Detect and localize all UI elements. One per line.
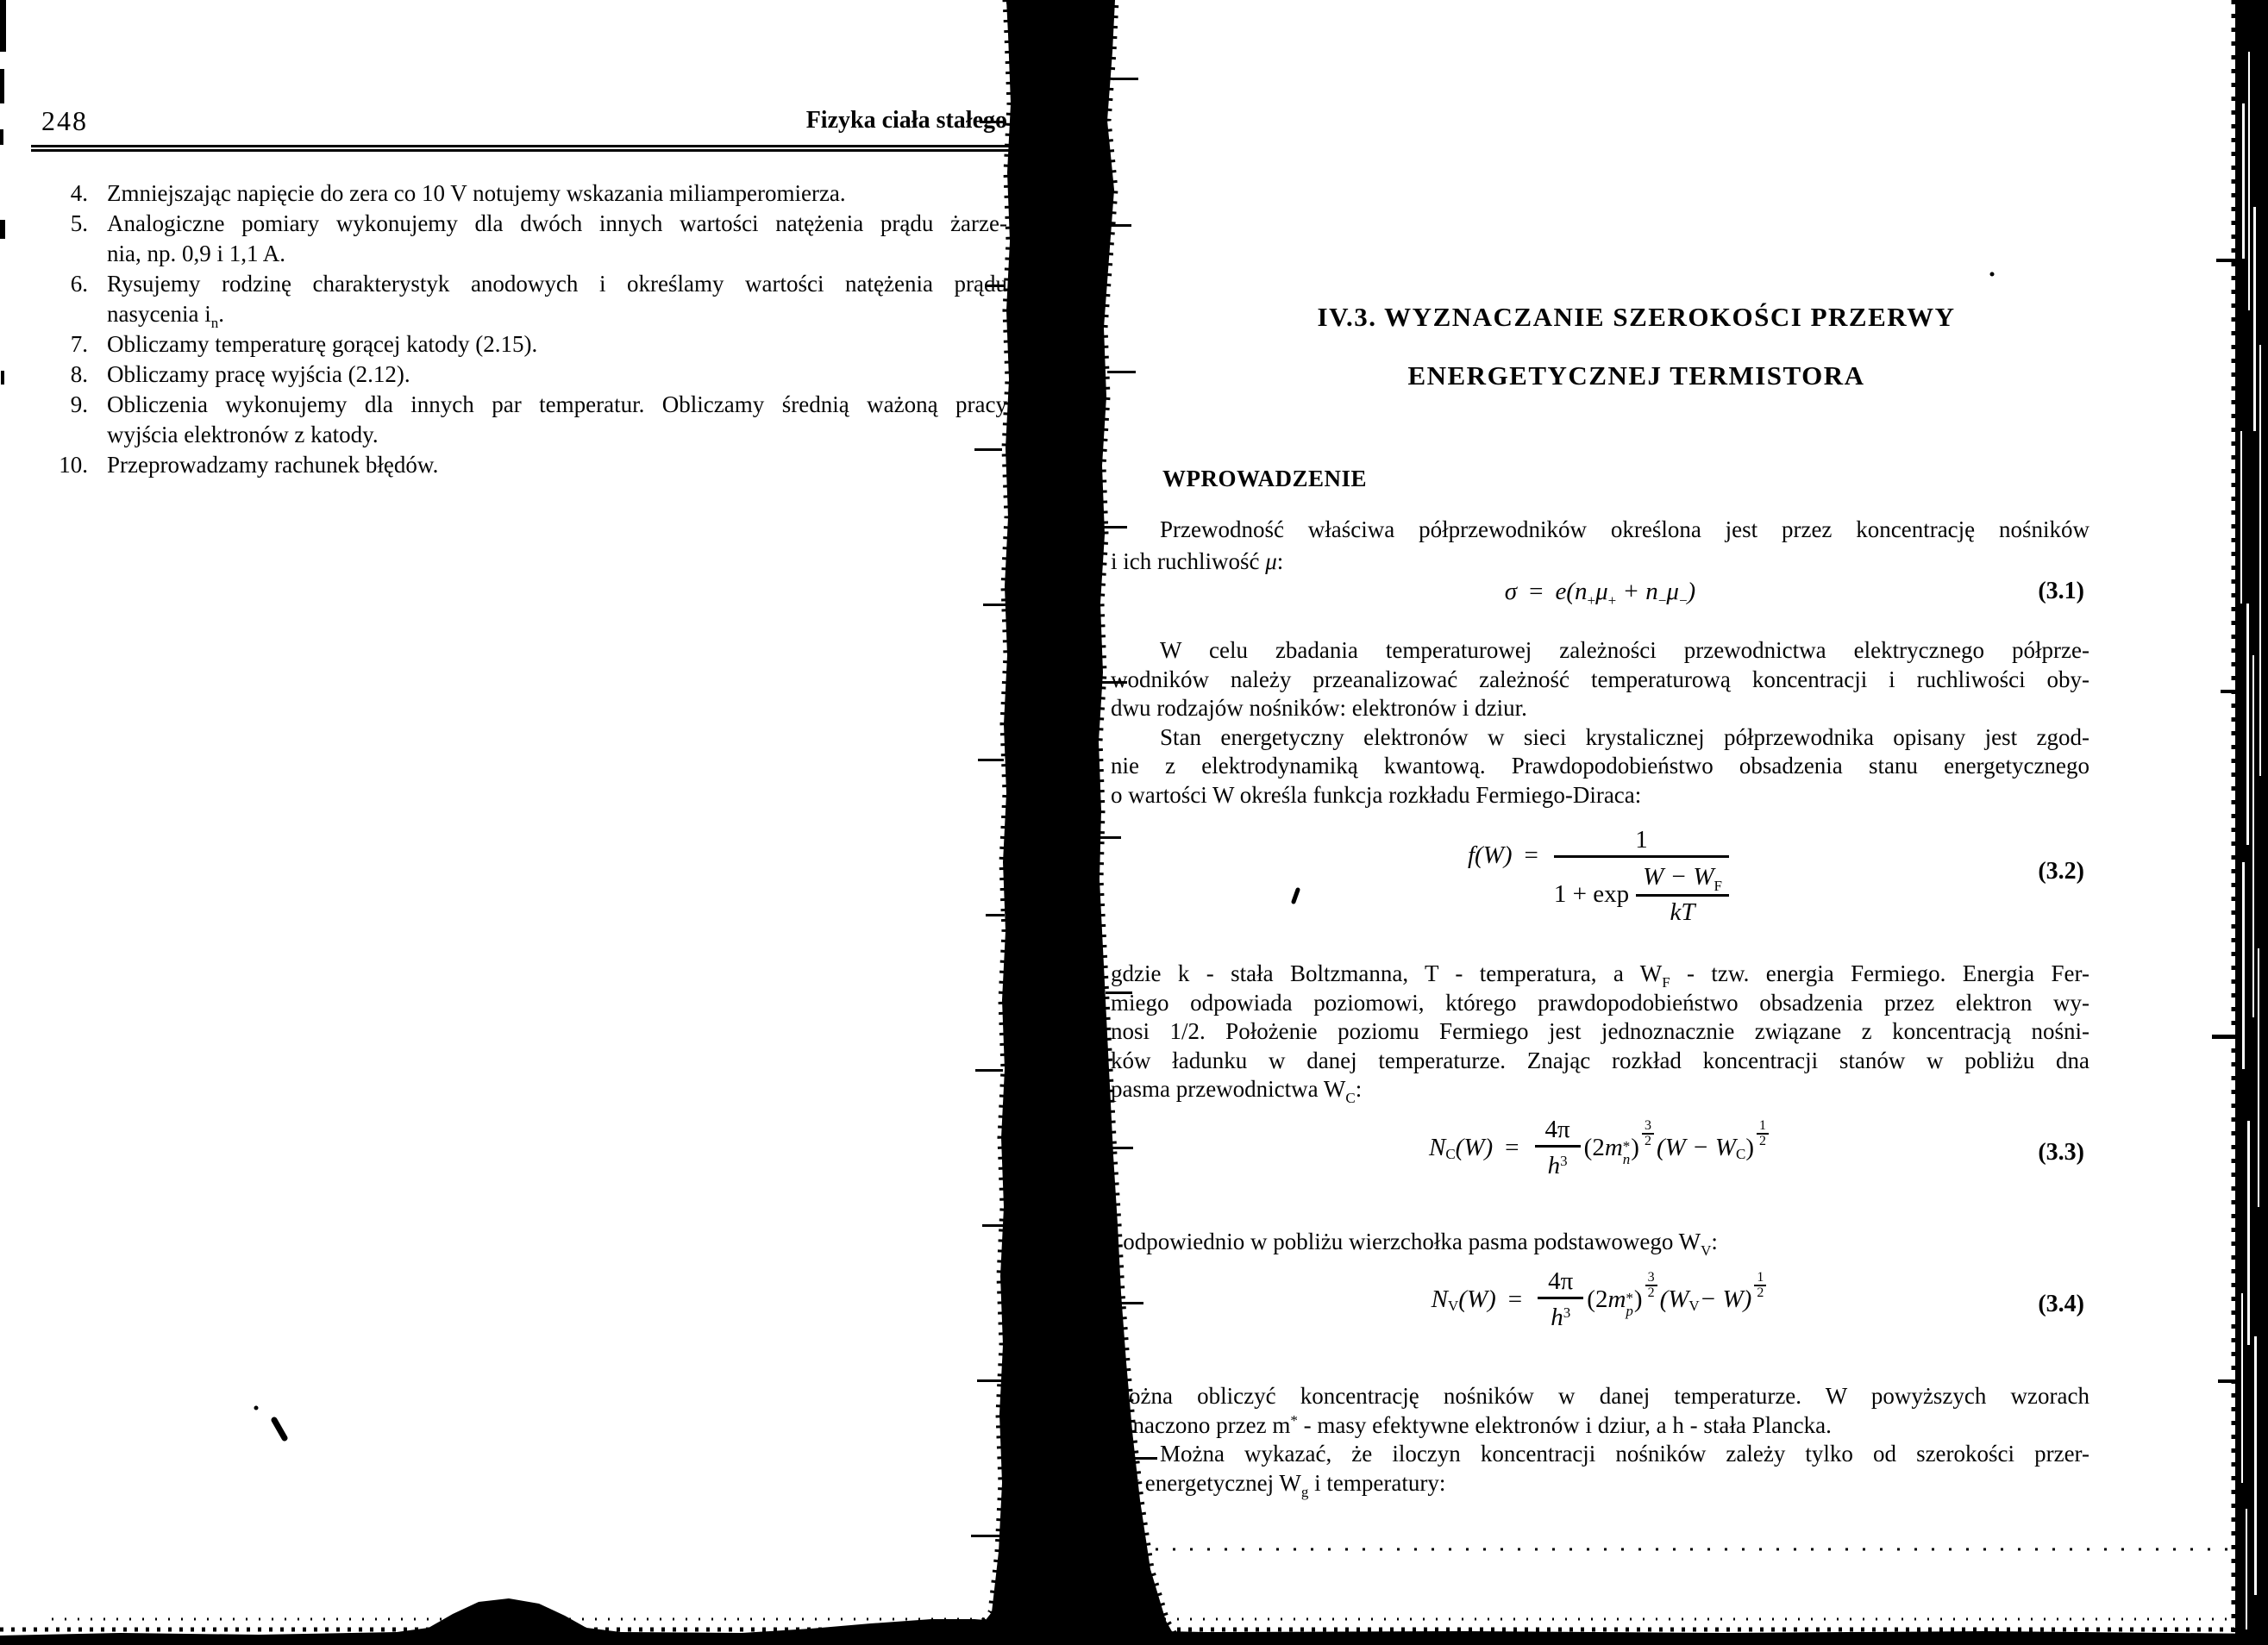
list-text: wyjścia elektronów z katody.: [107, 420, 1007, 450]
text-line: wodników należy przeanalizować zależność…: [1111, 666, 2089, 695]
list-row: 5.Analogiczne pomiary wykonujemy dla dwó…: [40, 209, 1007, 239]
subscript: +: [1608, 592, 1617, 609]
inner-denominator: kT: [1670, 897, 1695, 928]
text-seg: miego odpowiada poziomowi, którego prawd…: [1111, 990, 2089, 1016]
list-number: [40, 420, 88, 450]
text-seg: wyjścia elektronów z katody.: [107, 422, 379, 447]
list-number: [40, 299, 88, 329]
text-seg: V: [1701, 1242, 1711, 1259]
text-line: można obliczyć koncentrację nośników w d…: [1111, 1382, 2089, 1411]
text-line: W celu zbadania temperaturowej zależnośc…: [1111, 636, 2089, 666]
inner-fraction: W − WF kT: [1636, 861, 1729, 928]
text-line: o wartości W określa funkcja rozkładu Fe…: [1111, 781, 2089, 810]
list-text: Zmniejszając napięcie do zera co 10 V no…: [107, 178, 1007, 209]
fraction: 4π h3: [1538, 1266, 1583, 1334]
text-seg: i temperatury:: [1308, 1470, 1445, 1496]
paragraph-1: Przewodność właściwa półprzewodników okr…: [1111, 514, 2089, 578]
list-row: 7.Obliczamy temperaturę gorącej katody (…: [40, 329, 1007, 360]
text-line: Można wykazać, że iloczyn koncentracji n…: [1111, 1440, 2089, 1469]
subscript: +: [1587, 592, 1595, 609]
scanned-book-spread: 248 Fizyka ciała stałego 4.Zmniejszając …: [0, 0, 2268, 1645]
denominator: 1 + exp W − WF kT: [1554, 858, 1729, 928]
equation-number: (3.3): [2038, 1140, 2084, 1166]
equation-body: σ=e(n+μ+ + n−μ−): [1505, 578, 1695, 605]
text-seg: nasycenia i: [107, 301, 211, 327]
numerator: 4π: [1538, 1266, 1583, 1297]
list-text: Przeprowadzamy rachunek błędów.: [107, 450, 1007, 480]
equals-sign: =: [1513, 841, 1551, 869]
text-line: Stan energetyczny elektronów w sieci kry…: [1111, 723, 2089, 753]
equation-number: (3.4): [2038, 1292, 2084, 1317]
text-seg: dwu rodzajów nośników: elektronów i dziu…: [1111, 695, 1527, 721]
text-seg: Analogiczne pomiary wykonujemy dla dwóch…: [107, 210, 1007, 236]
term: 1 + exp: [1554, 880, 1629, 909]
equation-3-4: NV(W) = 4π h3 (2m*p) 32 (WV − W) 12 (3.4…: [1111, 1266, 2089, 1348]
equation-body: NC(W) = 4π h3 (2m*n) 32 (W − WC) 12: [1429, 1114, 1771, 1182]
text-seg: :: [1277, 548, 1284, 574]
list-text: Rysujemy rodzinę charakterystyk anodowyc…: [107, 269, 1007, 299]
text-seg: Stan energetyczny elektronów w sieci kry…: [1160, 724, 2089, 750]
text-seg: Obliczenia wykonujemy dla innych par tem…: [107, 391, 1007, 417]
intro-heading: WPROWADZENIE: [1162, 466, 1367, 492]
text-seg: Rysujemy rodzinę charakterystyk anodowyc…: [107, 271, 1007, 297]
mass-sub-sup: *n: [1623, 1140, 1631, 1166]
exponent-three-halves: 32: [1645, 1271, 1657, 1299]
list-row: 9.Obliczenia wykonujemy dla innych par t…: [40, 390, 1007, 420]
list-text: Obliczamy temperaturę gorącej katody (2.…: [107, 329, 1007, 360]
term: + n: [1616, 578, 1658, 605]
text-line: dwu rodzajów nośników: elektronów i dziu…: [1111, 694, 2089, 723]
equals-sign: =: [1496, 1285, 1534, 1314]
text-seg: i ich ruchliwość: [1111, 548, 1265, 574]
fraction: 4π h3: [1535, 1114, 1581, 1182]
text-seg: - tzw. energia Fermiego. Energia Fer-: [1670, 960, 2089, 986]
text-seg: można obliczyć koncentrację nośników w d…: [1111, 1383, 2089, 1409]
exponent-one-half: 12: [1757, 1119, 1769, 1148]
equation-body: f(W)= 1 1 + exp W − WF kT: [1468, 824, 1732, 928]
text-line: ków ładunku w danej temperaturze. Znając…: [1111, 1047, 2089, 1076]
list-row: 4.Zmniejszając napięcie do zera co 10 V …: [40, 178, 1007, 209]
mass-sub-sup: *p: [1626, 1292, 1633, 1317]
list-number: 4.: [40, 178, 88, 209]
list-row: nia, np. 0,9 i 1,1 A.: [40, 239, 1007, 269]
paragraph-3: gdzie k - stała Boltzmanna, T - temperat…: [1111, 960, 2089, 1104]
list-text: Analogiczne pomiary wykonujemy dla dwóch…: [107, 209, 1007, 239]
exponent-one-half: 12: [1754, 1271, 1766, 1299]
text-seg: o wartości W określa funkcja rozkładu Fe…: [1111, 782, 1641, 808]
exponent-three-halves: 32: [1642, 1119, 1654, 1148]
text-seg: :: [1711, 1229, 1718, 1254]
text-line: i odpowiednio w pobliżu wierzchołka pasm…: [1111, 1228, 2089, 1257]
running-header-title: Fizyka ciała stałego: [34, 107, 1007, 134]
text-seg: ków ładunku w danej temperaturze. Znając…: [1111, 1048, 2089, 1073]
text-seg: wy energetycznej W: [1111, 1470, 1301, 1496]
list-number: 8.: [40, 360, 88, 390]
inner-numerator: W − WF: [1636, 861, 1729, 897]
text-line: nosi 1/2. Położenie poziomu Fermiego jes…: [1111, 1017, 2089, 1047]
equation-number: (3.1): [2038, 579, 2084, 604]
subscript: −: [1658, 592, 1667, 609]
section-title-line2: ENERGETYCZNEJ TERMISTORA: [1147, 360, 2126, 391]
text-seg: .: [218, 301, 224, 327]
left-edge-marks: [0, 0, 6, 385]
section-title-line1: IV.3. WYZNACZANIE SZEROKOŚCI PRZERWY: [1147, 302, 2126, 333]
term: μ: [1595, 578, 1608, 605]
text-seg: g: [1301, 1484, 1309, 1500]
text-line: pasma przewodnictwa WC:: [1111, 1075, 2089, 1104]
subscript: −: [1679, 592, 1688, 609]
list-row: nasycenia in.: [40, 299, 1007, 329]
right-edge-shadow: [2212, 0, 2268, 1645]
list-number: 5.: [40, 209, 88, 239]
text-seg: μ: [1265, 548, 1277, 574]
list-number: 10.: [40, 450, 88, 480]
text-line: nie z elektrodynamiką kwantową. Prawdopo…: [1111, 752, 2089, 781]
link-line: i odpowiednio w pobliżu wierzchołka pasm…: [1111, 1228, 2089, 1257]
paragraph-4: można obliczyć koncentrację nośników w d…: [1111, 1382, 2089, 1498]
text-seg: - masy efektywne elektronów i dziur, a h…: [1298, 1412, 1832, 1438]
equation-number: (3.2): [2038, 859, 2084, 885]
text-line: wy energetycznej Wg i temperatury:: [1111, 1469, 2089, 1498]
text-seg: F: [1662, 974, 1670, 991]
denominator: h3: [1548, 1148, 1568, 1182]
equation-3-2: f(W)= 1 1 + exp W − WF kT (3.2): [1111, 824, 2089, 954]
list-text: Obliczenia wykonujemy dla innych par tem…: [107, 390, 1007, 420]
list-row: 10.Przeprowadzamy rachunek błędów.: [40, 450, 1007, 480]
equation-3-3: NC(W) = 4π h3 (2m*n) 32 (W − WC) 12 (3.3…: [1111, 1114, 2089, 1196]
text-seg: Obliczamy pracę wyjścia (2.12).: [107, 361, 410, 387]
text-seg: C: [1345, 1090, 1355, 1106]
term: μ: [1666, 578, 1679, 605]
equation-3-1: σ=e(n+μ+ + n−μ−) (3.1): [1111, 572, 2089, 611]
list-text: nia, np. 0,9 i 1,1 A.: [107, 239, 1007, 269]
bottom-edge-shadow: [0, 1549, 2268, 1645]
list-number: 6.: [40, 269, 88, 299]
text-seg: pasma przewodnictwa W: [1111, 1076, 1345, 1102]
text-seg: Przewodność właściwa półprzewodników okr…: [1160, 516, 2089, 542]
text-seg: *: [1290, 1412, 1298, 1429]
text-seg: Zmniejszając napięcie do zera co 10 V no…: [107, 180, 846, 206]
header-rule: [31, 145, 1009, 153]
text-seg: nia, np. 0,9 i 1,1 A.: [107, 241, 285, 266]
list-text: Obliczamy pracę wyjścia (2.12).: [107, 360, 1007, 390]
text-seg: Obliczamy temperaturę gorącej katody (2.…: [107, 331, 537, 357]
text-line: miego odpowiada poziomowi, którego prawd…: [1111, 989, 2089, 1018]
text-seg: nosi 1/2. Położenie poziomu Fermiego jes…: [1111, 1018, 2089, 1044]
text-seg: :: [1356, 1076, 1363, 1102]
numerator: 4π: [1535, 1114, 1581, 1145]
term: ): [1688, 578, 1696, 605]
text-seg: gdzie k - stała Boltzmanna, T - temperat…: [1111, 960, 1662, 986]
sigma-symbol: σ: [1505, 578, 1517, 605]
fraction: 1 1 + exp W − WF kT: [1554, 824, 1729, 928]
equation-body: NV(W) = 4π h3 (2m*p) 32 (WV − W) 12: [1432, 1266, 1770, 1334]
text-seg: n: [211, 315, 219, 331]
list-number: [40, 239, 88, 269]
equals-sign: =: [1493, 1134, 1531, 1162]
list-text: nasycenia in.: [107, 299, 1007, 329]
text-seg: nie z elektrodynamiką kwantową. Prawdopo…: [1111, 753, 2089, 779]
paragraph-2: W celu zbadania temperaturowej zależnośc…: [1111, 636, 2089, 810]
denominator: h3: [1551, 1299, 1570, 1334]
text-line: oznaczono przez m* - masy efektywne elek…: [1111, 1411, 2089, 1441]
list-row: 8.Obliczamy pracę wyjścia (2.12).: [40, 360, 1007, 390]
text-line: gdzie k - stała Boltzmanna, T - temperat…: [1111, 960, 2089, 989]
list-row: wyjścia elektronów z katody.: [40, 420, 1007, 450]
text-seg: Przeprowadzamy rachunek błędów.: [107, 452, 438, 478]
equals-sign: =: [1517, 578, 1555, 605]
function-symbol: f(W): [1468, 841, 1513, 869]
text-seg: wodników należy przeanalizować zależność…: [1111, 666, 2089, 692]
list-row: 6.Rysujemy rodzinę charakterystyk anodow…: [40, 269, 1007, 299]
text-line: Przewodność właściwa półprzewodników okr…: [1111, 514, 2089, 546]
numerator: 1: [1625, 824, 1658, 855]
term: e(n: [1555, 578, 1587, 605]
text-seg: i odpowiednio w pobliżu wierzchołka pasm…: [1111, 1229, 1701, 1254]
procedure-list: 4.Zmniejszając napięcie do zera co 10 V …: [40, 178, 1007, 480]
text-seg: oznaczono przez m: [1111, 1412, 1290, 1438]
text-seg: W celu zbadania temperaturowej zależnośc…: [1160, 637, 2089, 663]
list-number: 7.: [40, 329, 88, 360]
text-seg: Można wykazać, że iloczyn koncentracji n…: [1160, 1441, 2089, 1467]
list-number: 9.: [40, 390, 88, 420]
